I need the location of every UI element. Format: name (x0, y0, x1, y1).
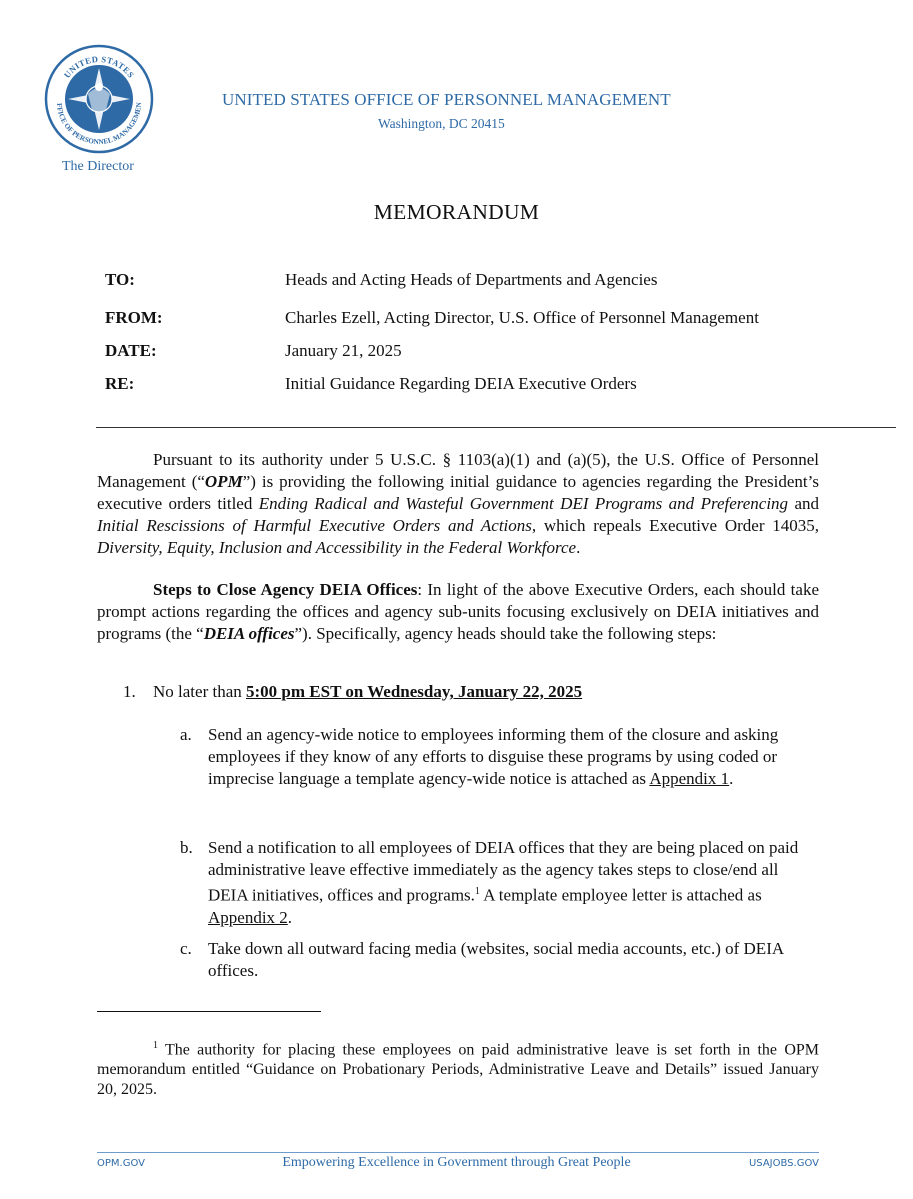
footer-usajobs-link[interactable]: USAJOBS.GOV (749, 1158, 819, 1169)
intro-paragraph: Pursuant to its authority under 5 U.S.C.… (97, 449, 819, 559)
substep-a: a. Send an agency-wide notice to employe… (180, 724, 820, 790)
agency-name: UNITED STATES OFFICE OF PERSONNEL MANAGE… (222, 90, 671, 110)
substep-b: b. Send a notification to all employees … (180, 837, 820, 929)
to-label: TO: (105, 270, 135, 290)
agency-address: Washington, DC 20415 (378, 116, 505, 132)
steps-heading: Steps to Close Agency DEIA Offices (153, 580, 417, 599)
re-label: RE: (105, 374, 134, 394)
from-value: Charles Ezell, Acting Director, U.S. Off… (285, 308, 759, 328)
deadline: 5:00 pm EST on Wednesday, January 22, 20… (246, 682, 582, 701)
appendix-2-link[interactable]: Appendix 2 (208, 908, 288, 927)
footer-divider (97, 1152, 819, 1153)
footnote: 1 The authority for placing these employ… (97, 1036, 819, 1100)
date-label: DATE: (105, 341, 157, 361)
opm-seal-logo: UNITED STATES OFFICE OF PERSONNEL MANAGE… (44, 44, 154, 154)
re-value: Initial Guidance Regarding DEIA Executiv… (285, 374, 637, 394)
appendix-1-link[interactable]: Appendix 1 (649, 769, 729, 788)
memo-title: MEMORANDUM (0, 200, 913, 225)
header-divider (96, 427, 896, 428)
date-value: January 21, 2025 (285, 341, 402, 361)
to-value: Heads and Acting Heads of Departments an… (285, 270, 657, 290)
footnote-divider (97, 1011, 321, 1012)
from-label: FROM: (105, 308, 163, 328)
substep-c: c. Take down all outward facing media (w… (180, 938, 820, 982)
step-1: 1.No later than 5:00 pm EST on Wednesday… (123, 682, 582, 702)
director-label: The Director (62, 159, 134, 175)
steps-paragraph: Steps to Close Agency DEIA Offices: In l… (97, 579, 819, 645)
